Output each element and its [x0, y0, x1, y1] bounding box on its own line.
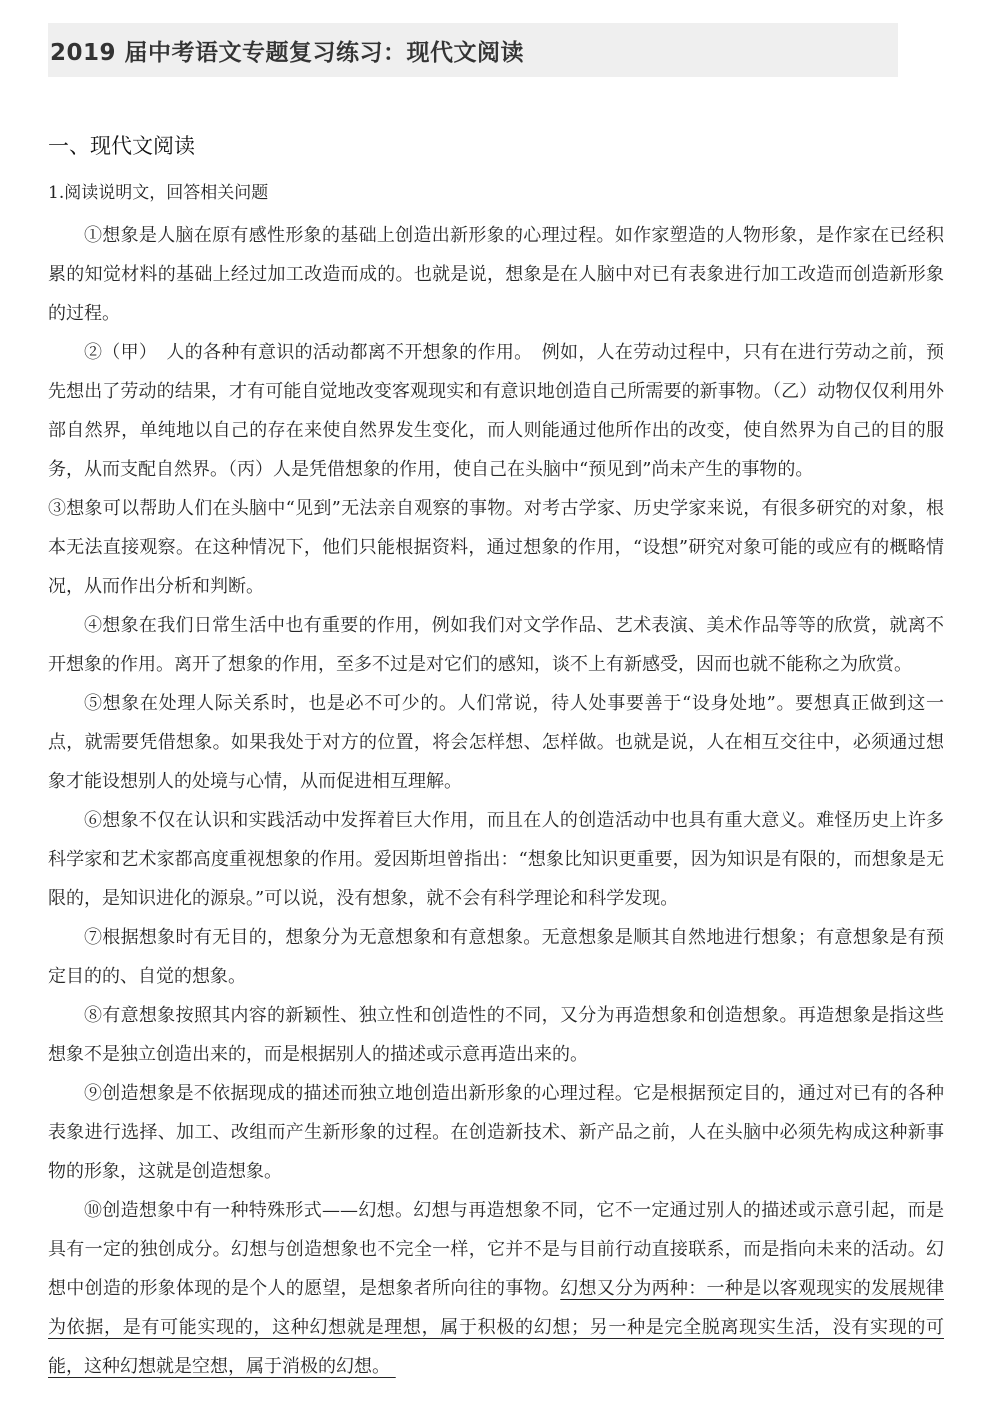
paragraph-8: ⑧有意想象按照其内容的新颖性、独立性和创造性的不同，又分为再造想象和创造想象。再…	[48, 996, 944, 1074]
document-title-banner: 2019 届中考语文专题复习练习：现代文阅读	[48, 23, 898, 77]
paragraph-5: ⑤想象在处理人际关系时，也是必不可少的。人们常说，待人处事要善于“设身处地”。要…	[48, 684, 944, 801]
document-title: 2019 届中考语文专题复习练习：现代文阅读	[48, 34, 524, 67]
paragraph-9: ⑨创造想象是不依据现成的描述而独立地创造出新形象的心理过程。它是根据预定目的，通…	[48, 1074, 944, 1191]
question-label: 1.阅读说明文，回答相关问题	[48, 184, 944, 203]
paragraph-2: ②（甲） 人的各种有意识的活动都离不开想象的作用。 例如，人在劳动过程中，只有在…	[48, 333, 944, 489]
paragraph-3: ③想象可以帮助人们在头脑中“见到”无法亲自观察的事物。对考古学家、历史学家来说，…	[48, 489, 944, 606]
section-heading: 一、现代文阅读	[48, 135, 944, 157]
paragraph-7: ⑦根据想象时有无目的，想象分为无意想象和有意想象。无意想象是顺其自然地进行想象；…	[48, 918, 944, 996]
paragraph-4: ④想象在我们日常生活中也有重要的作用，例如我们对文学作品、艺术表演、美术作品等等…	[48, 606, 944, 684]
paragraph-1: ①想象是人脑在原有感性形象的基础上创造出新形象的心理过程。如作家塑造的人物形象，…	[48, 216, 944, 333]
document-body: 一、现代文阅读 1.阅读说明文，回答相关问题 ①想象是人脑在原有感性形象的基础上…	[0, 135, 992, 1386]
paragraph-6: ⑥想象不仅在认识和实践活动中发挥着巨大作用，而且在人的创造活动中也具有重大意义。…	[48, 801, 944, 918]
paragraph-10: ⑩创造想象中有一种特殊形式——幻想。幻想与再造想象不同，它不一定通过别人的描述或…	[48, 1191, 944, 1386]
passage: ①想象是人脑在原有感性形象的基础上创造出新形象的心理过程。如作家塑造的人物形象，…	[48, 216, 944, 1386]
document-page: 2019 届中考语文专题复习练习：现代文阅读 一、现代文阅读 1.阅读说明文，回…	[0, 0, 992, 1403]
